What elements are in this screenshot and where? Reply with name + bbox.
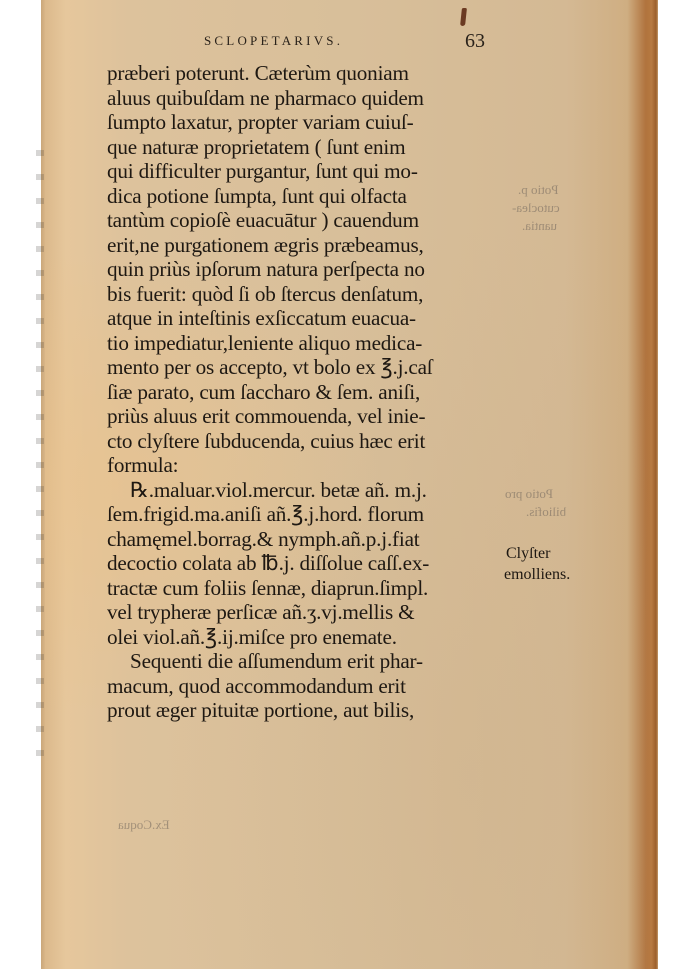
text-line: Sequenti die aſſumendum erit phar- bbox=[130, 649, 423, 673]
margin-note-line: emolliens. bbox=[504, 566, 570, 584]
text-line: cto clyſtere ſubducenda, cuius hæc erit bbox=[107, 429, 425, 453]
text-line: macum, quod accommodandum erit bbox=[107, 674, 406, 698]
text-line: priùs aluus erit commouenda, vel inie- bbox=[107, 404, 425, 428]
margin-note-line: Clyſter bbox=[506, 545, 550, 563]
recipe-line: ſem.frigid.ma.aniſi añ.℥.j.hord. florum bbox=[107, 502, 424, 526]
bleed-through-text: Potio p. bbox=[518, 182, 558, 198]
page-number: 63 bbox=[465, 30, 485, 53]
text-line: formula: bbox=[107, 453, 178, 477]
text-line: que naturæ proprietatem ( ſunt enim bbox=[107, 135, 405, 159]
page-right-edge-stain bbox=[645, 0, 658, 969]
bleed-through-text: biliofis. bbox=[526, 504, 566, 520]
text-line: ſumpto laxatur, propter variam cuiuſ- bbox=[107, 110, 414, 134]
text-line: dica potione ſumpta, ſunt qui olfacta bbox=[107, 184, 407, 208]
text-line: erit,ne purgationem ægris præbeamus, bbox=[107, 233, 424, 257]
text-line: bis fuerit: quòd ſi ob ſtercus denſatum, bbox=[107, 282, 423, 306]
bleed-through-text: cutoclea- bbox=[512, 200, 560, 216]
recipe-line: ℞.maluar.viol.mercur. betæ añ. m.j. bbox=[130, 478, 427, 502]
text-line: præberi poterunt. Cæterùm quoniam bbox=[107, 61, 409, 85]
bleed-through-text: Potio pro bbox=[505, 486, 553, 502]
text-line: atque in inteſtinis exſiccatum euacua- bbox=[107, 306, 416, 330]
running-head: SCLOPETARIVS. bbox=[204, 33, 343, 49]
text-line: qui difficulter purgantur, ſunt qui mo- bbox=[107, 159, 418, 183]
text-line: aluus quibuſdam ne pharmaco quidem bbox=[107, 86, 424, 110]
recipe-line: olei viol.añ.℥.ij.miſce pro enemate. bbox=[107, 625, 397, 649]
recipe-line: tractæ cum foliis ſennæ, diaprun.ſimpl. bbox=[107, 576, 428, 600]
bleed-through-text: Ex.Coqua bbox=[118, 817, 170, 833]
bleed-through-left-margin bbox=[36, 150, 44, 770]
recipe-line: decoctio colata ab ℔.j. diſſolue caſſ.ex… bbox=[107, 551, 429, 575]
text-line: mento per os accepto, vt bolo ex ℥.j.caſ bbox=[107, 355, 432, 379]
text-line: tio impediatur,leniente aliquo medica- bbox=[107, 331, 422, 355]
recipe-line: vel trypheræ perſicæ añ.ʒ.vj.mellis & bbox=[107, 600, 414, 624]
bleed-through-text: uantia. bbox=[522, 218, 557, 234]
recipe-line: chamęmel.borrag.& nymph.añ.p.j.fiat bbox=[107, 527, 419, 551]
text-line: prout æger pituitæ portione, aut bilis, bbox=[107, 698, 414, 722]
text-line: quin priùs ipſorum natura perſpecta no bbox=[107, 257, 425, 281]
text-line: tantùm copioſè euacuātur ) cauendum bbox=[107, 208, 419, 232]
text-line: ſiæ parato, cum ſaccharo & ſem. aniſi, bbox=[107, 380, 420, 404]
